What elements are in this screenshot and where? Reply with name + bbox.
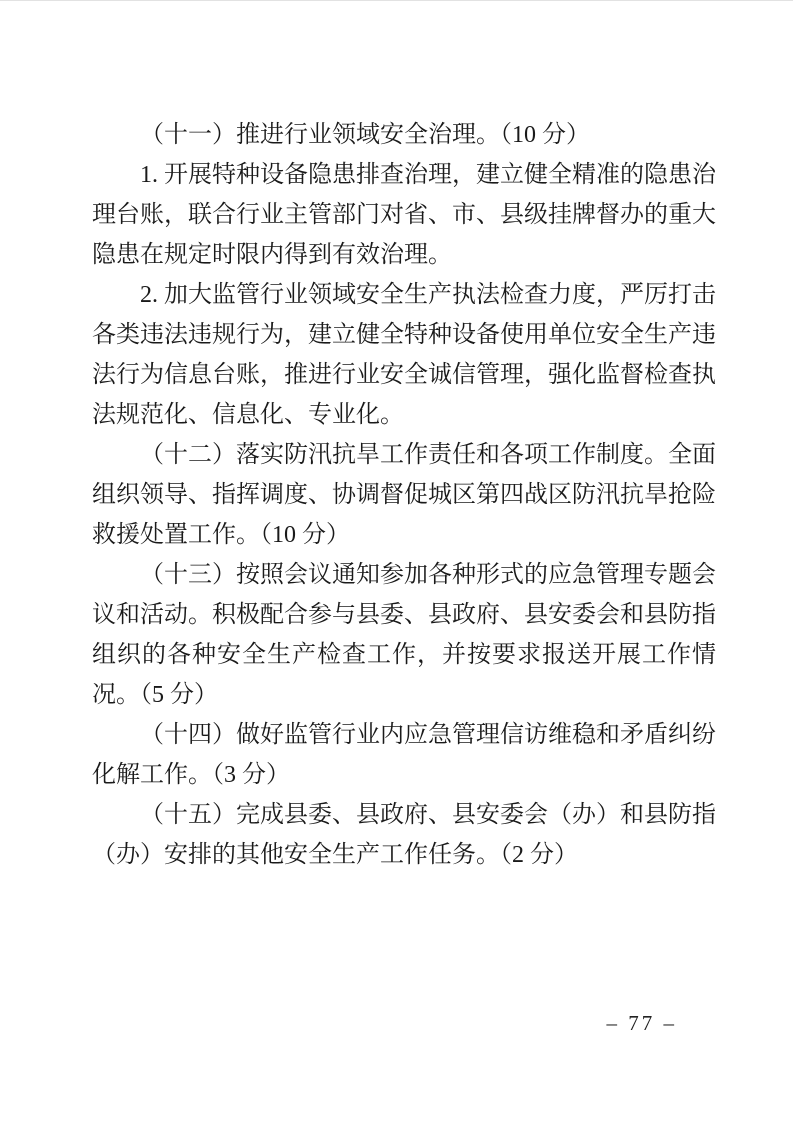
document-body: （十一）推进行业领域安全治理。（10 分） 1. 开展特种设备隐患排查治理，建立…	[92, 115, 716, 875]
paragraph-item-11-point-2: 2. 加大监管行业领域安全生产执法检查力度，严厉打击各类违法违规行为，建立健全特…	[92, 275, 716, 435]
paragraph-item-15: （十五）完成县委、县政府、县安委会（办）和县防指（办）安排的其他安全生产工作任务…	[92, 795, 716, 875]
page-number: – 77 –	[607, 1009, 678, 1037]
paragraph-item-11-heading: （十一）推进行业领域安全治理。（10 分）	[92, 115, 716, 155]
document-page: （十一）推进行业领域安全治理。（10 分） 1. 开展特种设备隐患排查治理，建立…	[0, 0, 793, 1123]
paragraph-item-13: （十三）按照会议通知参加各种形式的应急管理专题会议和活动。积极配合参与县委、县政…	[92, 555, 716, 715]
paragraph-item-14: （十四）做好监管行业内应急管理信访维稳和矛盾纠纷化解工作。（3 分）	[92, 715, 716, 795]
paragraph-item-12: （十二）落实防汛抗旱工作责任和各项工作制度。全面组织领导、指挥调度、协调督促城区…	[92, 435, 716, 555]
paragraph-item-11-point-1: 1. 开展特种设备隐患排查治理，建立健全精准的隐患治理台账，联合行业主管部门对省…	[92, 155, 716, 275]
